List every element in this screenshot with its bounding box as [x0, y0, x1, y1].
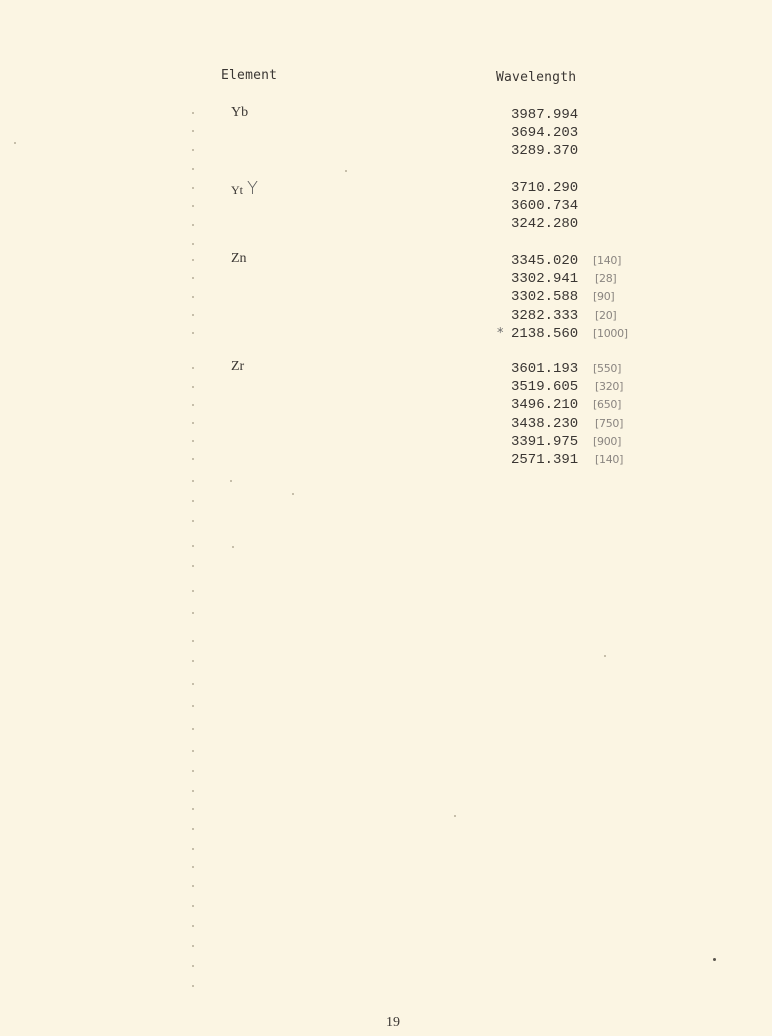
wavelength-value: *2138.560	[511, 326, 578, 342]
column-header-element: Element	[221, 68, 277, 83]
margin-speck	[192, 277, 194, 279]
margin-speck	[192, 440, 194, 442]
wavelength-value: 3519.605	[511, 379, 578, 395]
margin-speck	[192, 705, 194, 707]
wavelength-value: 3282.333	[511, 308, 578, 324]
margin-speck	[192, 808, 194, 810]
wavelength-text: 3710.290	[511, 180, 578, 196]
margin-speck	[192, 458, 194, 460]
margin-speck	[192, 332, 194, 334]
wavelength-text: 3345.020	[511, 253, 578, 269]
element-symbol: YtY	[231, 178, 258, 199]
wavelength-value: 3694.203	[511, 125, 578, 141]
wavelength-text: 3601.193	[511, 361, 578, 377]
wavelength-value: 3987.994	[511, 107, 578, 123]
paper-speck	[345, 170, 347, 172]
wavelength-text: 3282.333	[511, 308, 578, 324]
margin-speck	[192, 367, 194, 369]
margin-speck	[192, 205, 194, 207]
margin-speck	[192, 965, 194, 967]
margin-speck	[192, 590, 194, 592]
handwritten-intensity-note: [650]	[593, 398, 621, 411]
handwritten-intensity-note: [550]	[593, 362, 621, 375]
wavelength-value: 3302.588	[511, 289, 578, 305]
handwritten-intensity-note: [1000]	[593, 327, 628, 340]
wavelength-text: 3694.203	[511, 125, 578, 141]
wavelength-text: 3496.210	[511, 397, 578, 413]
wavelength-value: 3391.975	[511, 434, 578, 450]
element-symbol-text: Yb	[231, 105, 248, 120]
handwritten-intensity-note: [20]	[595, 309, 616, 322]
margin-speck	[192, 545, 194, 547]
element-symbol-text: Zn	[231, 251, 247, 266]
handwritten-correction: Y	[247, 178, 258, 199]
margin-speck	[192, 480, 194, 482]
margin-speck	[192, 612, 194, 614]
handwritten-intensity-note: [140]	[593, 254, 621, 267]
element-symbol-text: Yt	[231, 183, 243, 197]
wavelength-text: 3391.975	[511, 434, 578, 450]
paper-speck	[232, 546, 234, 548]
margin-speck	[192, 500, 194, 502]
wavelength-text: 2138.560	[511, 326, 578, 342]
margin-speck	[192, 112, 194, 114]
asterisk-marker-icon: *	[497, 326, 504, 341]
wavelength-text: 3289.370	[511, 143, 578, 159]
handwritten-intensity-note: [320]	[595, 380, 623, 393]
wavelength-value: 3438.230	[511, 416, 578, 432]
margin-speck	[192, 828, 194, 830]
margin-speck	[192, 314, 194, 316]
wavelength-value: 3242.280	[511, 216, 578, 232]
margin-speck	[192, 187, 194, 189]
margin-speck	[192, 565, 194, 567]
column-header-wavelength: Wavelength	[496, 70, 576, 85]
wavelength-text: 3987.994	[511, 107, 578, 123]
wavelength-text: 3302.588	[511, 289, 578, 305]
handwritten-intensity-note: [900]	[593, 435, 621, 448]
handwritten-intensity-note: [140]	[595, 453, 623, 466]
page-number: 19	[386, 1015, 400, 1031]
handwritten-intensity-note: [28]	[595, 272, 616, 285]
margin-speck	[192, 640, 194, 642]
margin-speck	[192, 149, 194, 151]
margin-speck	[192, 259, 194, 261]
margin-speck	[192, 790, 194, 792]
margin-speck	[192, 848, 194, 850]
margin-speck	[192, 683, 194, 685]
margin-speck	[192, 520, 194, 522]
wavelength-value: 3345.020	[511, 253, 578, 269]
paper-speck	[604, 655, 606, 657]
paper-speck	[230, 480, 232, 482]
margin-speck	[192, 660, 194, 662]
wavelength-text: 3242.280	[511, 216, 578, 232]
wavelength-value: 2571.391	[511, 452, 578, 468]
element-symbol: Zn	[231, 251, 247, 267]
handwritten-intensity-note: [90]	[593, 290, 614, 303]
wavelength-text: 3438.230	[511, 416, 578, 432]
element-symbol-text: Zr	[231, 359, 244, 374]
paper-speck	[14, 142, 16, 144]
handwritten-intensity-note: [750]	[595, 417, 623, 430]
margin-speck	[192, 296, 194, 298]
margin-speck	[192, 422, 194, 424]
margin-speck	[192, 925, 194, 927]
margin-speck	[192, 885, 194, 887]
margin-speck	[192, 130, 194, 132]
paper-speck	[292, 493, 294, 495]
margin-speck	[192, 945, 194, 947]
paper-speck	[454, 815, 456, 817]
margin-speck	[192, 168, 194, 170]
wavelength-value: 3710.290	[511, 180, 578, 196]
wavelength-value: 3496.210	[511, 397, 578, 413]
paper-speck	[713, 958, 716, 961]
wavelength-text: 3600.734	[511, 198, 578, 214]
wavelength-text: 3519.605	[511, 379, 578, 395]
margin-speck	[192, 770, 194, 772]
wavelength-text: 3302.941	[511, 271, 578, 287]
margin-speck	[192, 404, 194, 406]
wavelength-value: 3289.370	[511, 143, 578, 159]
wavelength-value: 3600.734	[511, 198, 578, 214]
margin-speck	[192, 224, 194, 226]
document-page: Element Wavelength Yb3987.9943694.203328…	[0, 0, 772, 1036]
margin-speck	[192, 750, 194, 752]
element-symbol: Zr	[231, 359, 244, 375]
margin-speck	[192, 386, 194, 388]
margin-speck	[192, 985, 194, 987]
margin-speck	[192, 728, 194, 730]
margin-speck	[192, 866, 194, 868]
wavelength-text: 2571.391	[511, 452, 578, 468]
margin-speck	[192, 905, 194, 907]
wavelength-value: 3601.193	[511, 361, 578, 377]
margin-speck	[192, 243, 194, 245]
element-symbol: Yb	[231, 105, 248, 121]
wavelength-value: 3302.941	[511, 271, 578, 287]
